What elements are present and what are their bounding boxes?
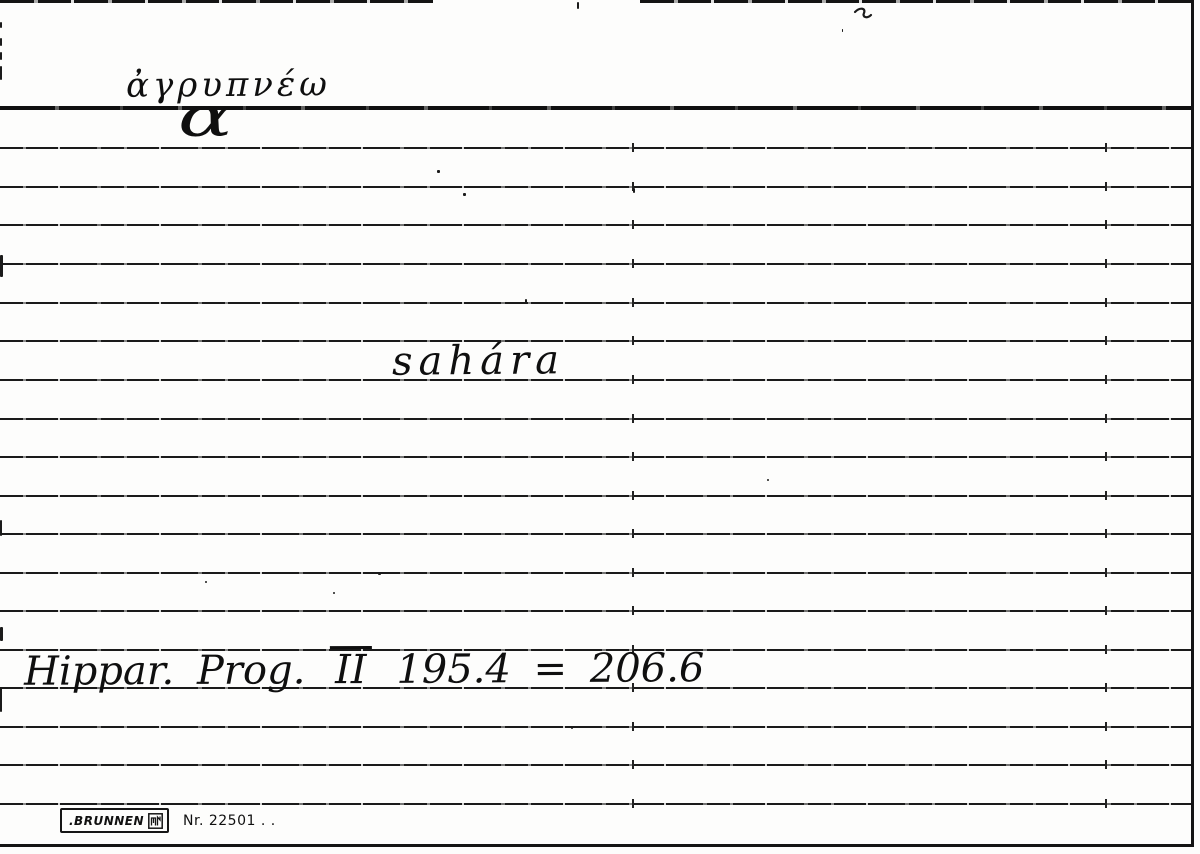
- scan-speck: [0, 38, 2, 46]
- line-tick-mark: [1105, 182, 1107, 191]
- line-tick-mark: [1105, 606, 1107, 615]
- scan-speck: [0, 22, 2, 28]
- ruled-line: [0, 495, 1191, 497]
- handwritten-citation: Hippar. Prog. II 195.4 = 206.6: [24, 644, 705, 692]
- line-tick-mark: [632, 568, 634, 577]
- scan-speck: [0, 52, 2, 60]
- line-tick-mark: [632, 375, 634, 384]
- line-tick-mark: [632, 452, 634, 461]
- line-tick-mark: [632, 722, 634, 731]
- line-tick-mark: [632, 760, 634, 769]
- scan-speck: [0, 66, 2, 80]
- ruled-line: [0, 340, 1191, 342]
- scan-speck: [0, 520, 2, 536]
- line-tick-mark: [1105, 143, 1107, 152]
- line-tick-mark: [1105, 375, 1107, 384]
- scanned-index-card: ἀγρυπνέω α sahára Hippar. Prog. II 195.4…: [0, 0, 1200, 854]
- line-tick-mark: [1105, 491, 1107, 500]
- line-tick-mark: [632, 220, 634, 229]
- ruled-line: [0, 186, 1191, 188]
- scan-artifact-squiggle: [852, 6, 874, 26]
- line-tick-mark: [632, 491, 634, 500]
- line-tick-mark: [1105, 414, 1107, 423]
- scan-speck: [333, 592, 335, 594]
- scan-speck: [437, 170, 440, 173]
- line-tick-mark: [1105, 799, 1107, 808]
- ruled-line: [0, 456, 1191, 458]
- scan-speck: [0, 255, 3, 277]
- scan-speck: [571, 727, 573, 729]
- scan-speck: [525, 299, 527, 303]
- line-tick-mark: [1105, 336, 1107, 345]
- handwritten-middle-word: sahára: [392, 340, 565, 382]
- scan-speck: [378, 573, 381, 575]
- brunnen-emblem-icon: [148, 813, 163, 829]
- card-bottom-border: [0, 844, 1194, 847]
- line-tick-mark: [632, 336, 634, 345]
- citation-values: 195.4 = 206.6: [396, 645, 704, 693]
- scan-speck: [0, 627, 3, 641]
- line-tick-mark: [1105, 683, 1107, 692]
- line-tick-mark: [1105, 760, 1107, 769]
- scan-speck: [842, 29, 843, 32]
- line-tick-mark: [632, 799, 634, 808]
- ruled-line: [0, 418, 1191, 420]
- card-right-border: [1191, 0, 1194, 847]
- ruled-line: [0, 302, 1191, 304]
- line-tick-mark: [632, 606, 634, 615]
- card-top-border: [640, 0, 1193, 3]
- brunnen-logo-text: .BRUNNEN: [69, 815, 144, 827]
- ruled-line: [0, 224, 1191, 226]
- scan-speck: [205, 581, 207, 583]
- line-tick-mark: [1105, 298, 1107, 307]
- line-tick-mark: [1105, 220, 1107, 229]
- brunnen-logo: .BRUNNEN: [60, 808, 169, 833]
- line-tick-mark: [1105, 452, 1107, 461]
- ruled-line: [0, 764, 1191, 766]
- line-tick-mark: [1105, 568, 1107, 577]
- card-top-border: [0, 0, 433, 3]
- handwritten-alpha-descender: α: [178, 90, 233, 146]
- line-tick-mark: [632, 259, 634, 268]
- ruled-line: [0, 726, 1191, 728]
- scan-speck: [463, 193, 466, 196]
- ruled-line: [0, 572, 1191, 574]
- ruled-line: [0, 379, 1191, 381]
- scan-speck: [633, 188, 635, 193]
- scan-speck: [577, 2, 579, 9]
- line-tick-mark: [632, 298, 634, 307]
- ruled-line: [0, 533, 1191, 535]
- card-number-label: Nr. 22501 . .: [183, 813, 276, 829]
- line-tick-mark: [1105, 645, 1107, 654]
- ruled-line: [0, 803, 1191, 805]
- line-tick-mark: [1105, 529, 1107, 538]
- line-tick-mark: [1105, 722, 1107, 731]
- ruled-line: [0, 610, 1191, 612]
- scan-speck: [767, 479, 769, 481]
- citation-source: Hippar. Prog.: [24, 647, 306, 694]
- line-tick-mark: [1105, 259, 1107, 268]
- citation-roman-numeral: II: [330, 646, 372, 689]
- line-tick-mark: [632, 529, 634, 538]
- line-tick-mark: [632, 143, 634, 152]
- ruled-line: [0, 263, 1191, 265]
- scan-speck: [0, 688, 2, 712]
- card-footer: .BRUNNEN Nr. 22501 . .: [60, 808, 276, 833]
- line-tick-mark: [632, 414, 634, 423]
